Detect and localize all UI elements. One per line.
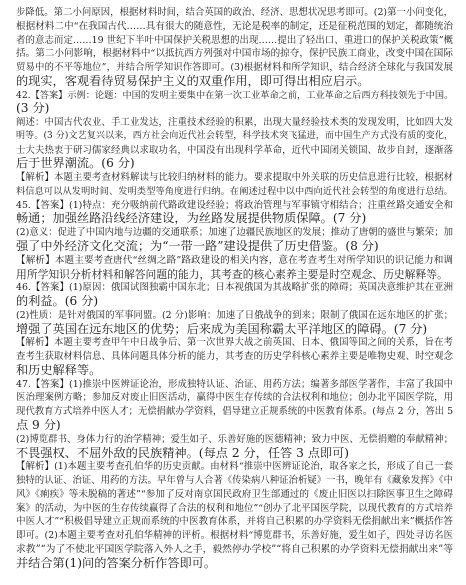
text-line: 贸易中的不平等地位”，并结合所学知识作答即可。(3)根据材料和所学知识，结合经济…: [16, 61, 453, 75]
text-line: 增强了英国在远东地区的优势；后来成为美国称霸太平洋地区的障碍。(7 分): [16, 323, 453, 337]
text-line: 者的意志而定……19 世纪下半叶中国保护关税思想的出现……提出了轻出口、重进口的…: [16, 34, 453, 48]
text-line: 的利益。(6 分): [16, 295, 453, 309]
answer-document: 步降低。第二小问原因，根据材料时间，结合英国的政治、经济、思想状况思考即可。(2…: [16, 6, 453, 570]
text-line: 括。第二小问影响，根据材料中“以抵抗西方列强对中国市场的掠夺，保护民族工商业，改…: [16, 47, 453, 61]
text-line: 【解析】本题主要考查材料解读与比较归纳材料的能力。要求提取中外关联的历史信息进行…: [16, 171, 453, 185]
text-line: 明等。(3 分)文艺复兴以来，西方社会向近代社会转型，科学技术突飞猛进，而中国生…: [16, 130, 453, 144]
text-line: (2)性质：是针对俄国的军事同盟。(2 分)影响：加速了日俄战争的到来；限制了俄…: [16, 309, 453, 323]
text-line: 中医人才”“积极倡导建立正规而系统的中医教育体系，并将自己积累的办学资料无偿捐献…: [16, 515, 453, 529]
text-line: 步降低。第二小问原因，根据材料时间，结合英国的政治、经济、思想状况思考即可。(2…: [16, 6, 453, 20]
text-line: 根据材料二中“在我国古代……具有很大的随意性，无论是税率的制定，还是征税范围的划…: [16, 20, 453, 34]
text-line: 现代教育方式培养中医人才；无偿捐献办学资料，倡导建立正规系统的中医教育体系。(每…: [16, 405, 453, 419]
text-line: 即可。(2)本题主要考查对孔伯华精神的评析。根据材料“博览群书，乐善好施，爱生如…: [16, 529, 453, 543]
text-line: 42.【答案】示例：论题：中国的发明主要集中在第一次工业革命之前，工业革命之后西…: [16, 89, 453, 103]
text-line: 【解析】(1)本题主要考查孔伯华的历史贡献。由材料“推崇中医辨证论治，取各家之长…: [16, 460, 453, 474]
text-line: 47.【答案】(1)推崇中医辨证论治，形成独特认证、治证、用药方法；编著多部医学…: [16, 378, 453, 392]
text-line: 用所学知识分析材料和解答问题的能力，其考查的核心素养主要是时空观念、历史解释等。: [16, 268, 453, 282]
text-line: 和历史解释等。: [16, 364, 453, 378]
text-line: 阐述：中国古代农业、手工业发达，注重技术经验的积累，出现大量经验技术类的发现发明…: [16, 116, 453, 130]
text-line: 强了中外经济文化交流；为“一带一路”建设提供了历史借鉴。(8 分): [16, 240, 453, 254]
text-line: 风》《痢疾》等未脱稿的著述”“参加了反对南京国民政府卫生部通过的《废止旧医以扫除…: [16, 488, 453, 502]
text-line: 案》的活动，为中医的生存传续赢得了合法的权利和地位”“创办了北平国医学院，以现代…: [16, 502, 453, 516]
text-line: 【解析】本题主要考查唐代“丝绸之路”路政建设的相关内容，意在考查考生对所学知识的…: [16, 254, 453, 268]
text-line: 点 9 分): [16, 419, 453, 433]
text-line: 的现实，客观看待贸易保护主义的双重作用，即可得出相应启示。: [16, 75, 453, 89]
text-line: 畅通；加强丝路沿线经济建设，为丝路发展提供物质保障。(7 分): [16, 212, 453, 226]
text-line: 不畏强权、不屈外敌的民族精神。(每点 2 分，任答 3 点即可): [16, 447, 453, 461]
text-line: 独特的认证、治证、用药的方法。早年曾与人合著《传染病八种证治析疑》一书，晚年有《…: [16, 474, 453, 488]
text-line: 45.【答案】(1)特点：充分吸纳前代路政建设经验；将政治管理与军事镇守相结合；…: [16, 199, 453, 213]
text-line: 46.【答案】(1)原因：俄国试图独霸中国东北；日本视俄国为其战略扩张的障碍；英…: [16, 281, 453, 295]
text-line: (3 分): [16, 102, 453, 116]
text-line: 士大夫热衷于研习儒家经典以求取功名，中国没有出现科学革命，近代中国闭关锁国、故步…: [16, 144, 453, 158]
text-line: 后于世界潮流。(6 分): [16, 157, 453, 171]
text-line: 医治理案例方略；参加反对废止旧医活动，赢得中医生存传续的合法权利和地位；创办北平…: [16, 391, 453, 405]
text-line: (2)意义：促进了中国内地与边疆的交通联系；加速了边疆民族地区的发展；推动了唐朝…: [16, 226, 453, 240]
text-line: 查考生获取材料信息、具体问题具体分析的能力，其考查的历史学科核心素养主要是唯物史…: [16, 350, 453, 364]
text-line: 料信息可以从发明时间、发明类型等角度进行归纳。在阐述过程中以中西向近代社会转型的…: [16, 185, 453, 199]
text-line: 【解析】本题主要考查甲午中日战争后、第一次世界大战之前英国、日本、俄国等国之间的…: [16, 336, 453, 350]
text-line: (2)博览群书、身体力行的治学精神；爱生如子、乐善好施的医德精神；致力中医、无偿…: [16, 433, 453, 447]
text-line: 求教”“为了不使北平国医学院落入外人之手，毅然停办学校”“将自己积累的办学资料无…: [16, 543, 453, 557]
text-line: 并结合第(1)问的答案分析作答即可。: [16, 557, 453, 571]
